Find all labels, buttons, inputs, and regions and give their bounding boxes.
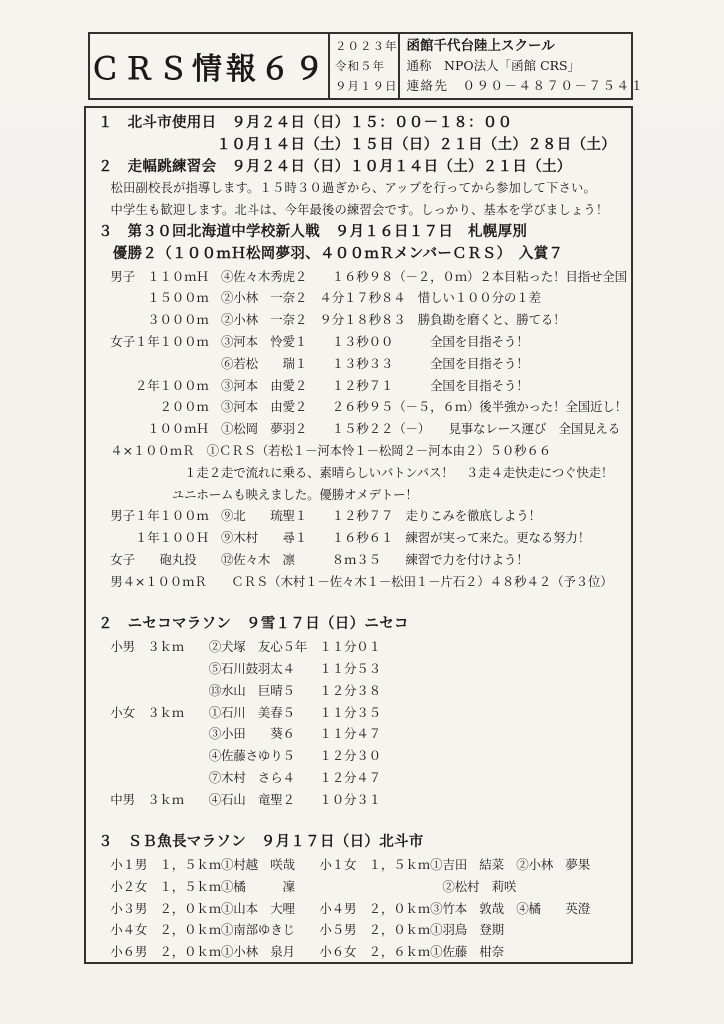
text-line: ④佐藤さゆり５ １２分３０ xyxy=(98,745,631,767)
org-contact: 連絡先 ０９０－４８７０－７５４１ xyxy=(407,76,645,96)
text-line: ユニホームも映えました。優勝オメデトー！ xyxy=(98,484,631,506)
text-line: 女子 砲丸投 ⑫佐々木 凛 ８ｍ３５ 練習で力を付けよう！ xyxy=(98,549,631,571)
text-line: ３ ＳＢ魚長マラソン ９月１７日（日）北斗市 xyxy=(98,832,631,854)
text-line: １５００ｍ ②小林 一奈２ ４分１７秒８４ 惜しい１００分の１差 xyxy=(98,287,631,309)
newsletter-body-box: １ 北斗市使用日 ９月２４日（日）１５：００－１８：００ １０月１４日（土）１５… xyxy=(84,106,633,964)
text-line: 優勝２（１００ｍＨ松岡夢羽、４００ｍＲメンバーＣＲＳ） 入賞７ xyxy=(98,244,631,266)
newsletter-header: ＣＲＳ情報６９ ２０２３年 令和５年 ９月１９日 函館千代台陸上スクール 通称 … xyxy=(88,32,633,100)
header-title-cell: ＣＲＳ情報６９ xyxy=(90,34,330,98)
text-line: 小３男 ２，０ｋｍ①山本 大哩 小４男 ２，０ｋｍ③竹本 敦哉 ④橘 英澄 xyxy=(98,898,631,920)
text-line: ⑤石川鼓羽太４ １１分５３ xyxy=(98,658,631,680)
text-line: 松田副校長が指導します。１５時３０過ぎから、アップを行ってから参加して下さい。 xyxy=(98,178,631,200)
text-line: ⑥若松 瑞１ １３秒３３ 全国を目指そう！ xyxy=(98,353,631,375)
org-name: 函館千代台陸上スクール xyxy=(407,36,645,56)
text-line: １０月１４日（土）１５日（日）２１日（土）２８日（土） xyxy=(98,135,631,157)
text-line: 小男 ３ｋｍ ②犬塚 友心５年 １１分０１ xyxy=(98,636,631,658)
text-line: 男子１年１００ｍ ⑨北 琉聖１ １２秒７７ 走りこみを徹底しよう！ xyxy=(98,505,631,527)
scanned-newsletter-page: ＣＲＳ情報６９ ２０２３年 令和５年 ９月１９日 函館千代台陸上スクール 通称 … xyxy=(0,0,724,1024)
text-line: ⑬水山 巨晴５ １２分３８ xyxy=(98,680,631,702)
text-line: ３０００ｍ ②小林 一奈２ ９分１８秒８３ 勝負勘を磨くと、勝てる！ xyxy=(98,309,631,331)
text-line: 男４×１００ｍＲ ＣＲＳ（木村１－佐々木１－松田１－片石２）４８秒４２（予３位） xyxy=(98,571,631,593)
text-line: 小１男 １，５ｋｍ①村越 咲哉 小１女 １，５ｋｍ①吉田 結菜 ②小林 夢果 xyxy=(98,854,631,876)
text-line: 中学生も歓迎します。北斗は、今年最後の練習会です。しっかり、基本を学びましょう！ xyxy=(98,200,631,222)
text-line: ３ 第３０回北海道中学校新人戦 ９月１６日１７日 札幌厚別 xyxy=(98,222,631,244)
org-alias: 通称 NPO法人「函館 CRS」 xyxy=(407,56,645,76)
text-line xyxy=(98,811,631,833)
text-line: ２ ニセコマラソン ９雪１７日（日）ニセコ xyxy=(98,614,631,636)
text-line xyxy=(98,593,631,615)
text-line: 小２女 １，５ｋｍ①橘 凜 ②松村 莉咲 xyxy=(98,876,631,898)
text-line: 小６男 ２，０ｋｍ①小林 泉月 小６女 ２，６ｋｍ①佐藤 柑奈 xyxy=(98,941,631,963)
text-line: ２００ｍ ③河本 由愛２ ２６秒９５（－５，６ｍ）後半強かった！全国近し！ xyxy=(98,396,631,418)
text-line: １ 北斗市使用日 ９月２４日（日）１５：００－１８：００ xyxy=(98,113,631,135)
text-line: １走２走で流れに乗る、素晴らしいバトンパス！ ３走４走快走につぐ快走！ xyxy=(98,462,631,484)
newsletter-title: ＣＲＳ情報６９ xyxy=(90,44,328,88)
text-line: ③小田 葵６ １１分４７ xyxy=(98,723,631,745)
text-line: １年１００Ｈ ⑨木村 尋１ １６秒６１ 練習が実って来た。更なる努力！ xyxy=(98,527,631,549)
text-line: ４×１００ｍＲ ①ＣＲＳ（若松１－河本怜１－松岡２－河本由２）５０秒６６ xyxy=(98,440,631,462)
header-org-cell: 函館千代台陸上スクール 通称 NPO法人「函館 CRS」 連絡先 ０９０－４８７… xyxy=(400,34,649,98)
body-lines: １ 北斗市使用日 ９月２４日（日）１５：００－１８：００ １０月１４日（土）１５… xyxy=(98,113,631,963)
date-year-western: ２０２３年 xyxy=(335,36,398,56)
header-date-cell: ２０２３年 令和５年 ９月１９日 xyxy=(330,34,400,98)
date-year-era: 令和５年 xyxy=(335,56,398,76)
text-line: 女子１年１００ｍ ③河本 怜愛１ １３秒００ 全国を目指そう！ xyxy=(98,331,631,353)
date-day: ９月１９日 xyxy=(335,76,398,96)
text-line: ２年１００ｍ ③河本 由愛２ １２秒７１ 全国を目指そう！ xyxy=(98,375,631,397)
text-line: 男子 １１０ｍＨ ④佐々木秀虎２ １６秒９８（－２，０ｍ）２本目粘った！目指せ全… xyxy=(98,266,631,288)
text-line: １００ｍＨ ①松岡 夢羽２ １５秒２２（－） 見事なレース運び 全国見える xyxy=(98,418,631,440)
text-line: 小女 ３ｋｍ ①石川 美春５ １１分３５ xyxy=(98,702,631,724)
text-line: 小４女 ２，０ｋｍ①南部ゆきじ 小５男 ２，０ｋｍ①羽鳥 登期 xyxy=(98,919,631,941)
text-line: ⑦木村 さら４ １２分４７ xyxy=(98,767,631,789)
text-line: ２ 走幅跳練習会 ９月２４日（日）１０月１４日（土）２１日（土） xyxy=(98,157,631,179)
text-line: 中男 ３ｋｍ ④石山 竜聖２ １０分３１ xyxy=(98,789,631,811)
